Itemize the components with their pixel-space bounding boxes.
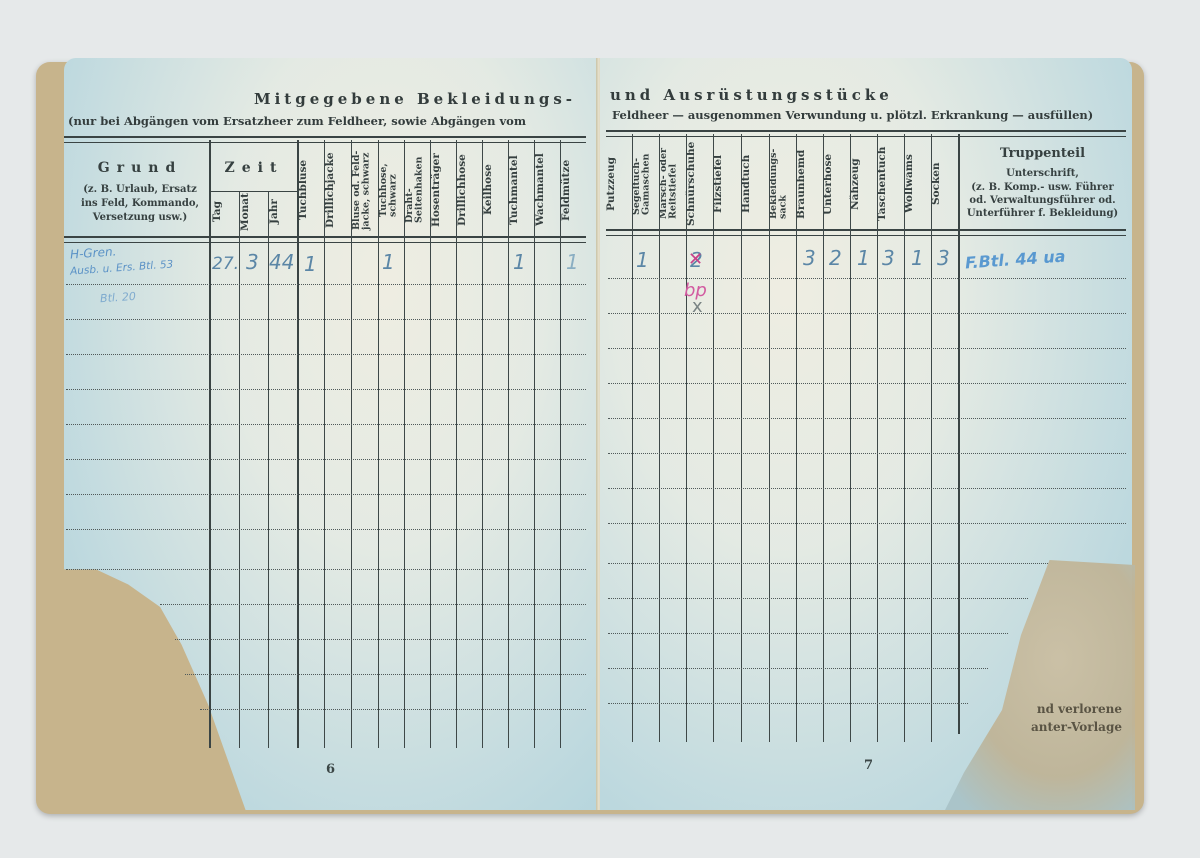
right-column-header-rule [606,229,1126,236]
col-draht-seitenhaken: Draht- Seitenhaken [405,146,431,234]
right-header-rule [606,130,1126,137]
entry-wollwams: 1 [911,246,924,270]
entry-tag: 27. [212,254,239,274]
grund-stamp-line3: Btl. 20 [100,290,137,305]
col-bluse-feldjacke: Bluse od. Feld- jacke, schwarz [352,146,378,234]
damaged-text-line2: anter-Vorlage [1012,718,1122,736]
col-drillichhose: Drillichhose [457,146,483,234]
col-schnuerschuhe: Schnürschuhe [686,140,713,228]
col-keilhose: Keilhose [483,146,509,234]
col-unterhose: Unterhose [823,140,850,228]
entry-taschentuch: 3 [882,246,895,270]
truppenteil-line2: (z. B. Komp.- usw. Führer [960,182,1125,193]
col-wachmantel: Wachmantel [535,146,561,234]
entry-socken: 3 [937,246,950,270]
left-page-subtitle: (nur bei Abgängen vom Ersatzheer zum Fel… [68,114,526,128]
right-page-title: und Ausrüstungsstücke [610,86,893,104]
col-monat: Monat [240,190,268,234]
right-page-subtitle: Feldheer — ausgenommen Verwundung u. plö… [612,108,1093,122]
entry-monat: 3 [246,250,259,274]
entry-putzzeug: 1 [636,248,649,272]
damaged-corner-text: nd verlorene anter-Vorlage [1012,700,1122,736]
zeit-header: Zeit [211,160,297,176]
col-braunhemd: Braunhemd [796,140,823,228]
left-page-title: Mitgegebene Bekleidungs- [254,90,576,108]
col-tag: Tag [212,190,239,234]
grund-header: Grund [70,160,210,176]
entry-tuchbluse: 1 [304,252,317,276]
col-bekleidungssack: Bekleidungs- sack [769,140,796,228]
col-naehzeug: Nähzeug [850,140,877,228]
entry-unterhose: 2 [829,246,842,270]
col-jahr: Jahr [269,190,297,234]
col-tuchmantel: Tuchmantel [509,146,535,234]
entry-braunhemd: 3 [803,246,816,270]
truppenteil-header: Truppenteil [960,146,1125,161]
left-page-number: 6 [326,762,335,777]
col-drillichjacke: Drillichjacke [325,146,351,234]
truppenteil-line4: Unterführer f. Bekleidung) [960,208,1125,219]
col-marsch-reitstiefel: Marsch- oder Reitstiefel [659,140,686,228]
col-feldmuetze: Feldmütze [561,146,587,234]
col-wollwams: Wollwams [904,140,931,228]
grund-note-2: ins Feld, Kommando, [70,198,210,209]
damaged-text-line1: nd verlorene [1012,700,1122,718]
entry-jahr: 44 [269,250,294,274]
col-filzstiefel: Filzstiefel [713,140,741,228]
entry-naehzeug: 1 [857,246,870,270]
schnuerschuhe-strike-mark: ✕ [688,249,703,270]
schnuerschuhe-correction-x: x [692,296,703,317]
right-page-number: 7 [864,758,873,773]
truppenteil-line1: Unterschrift, [960,168,1125,179]
col-putzzeug: Putzzeug [606,140,632,228]
col-tuchhose: Tuchhose, schwarz [379,146,405,234]
grund-note-1: (z. B. Urlaub, Ersatz [70,184,210,195]
col-taschentuch: Taschentuch [877,140,904,228]
entry-feldmuetze: 1 [566,250,579,274]
col-hosentraeger: Hosenträger [431,146,457,234]
truppenteil-line3: od. Verwaltungsführer od. [960,195,1125,206]
col-tuchbluse: Tuchbluse [298,146,324,234]
entry-tuchhose: 1 [382,250,395,274]
col-segeltuch-gamaschen: Segeltuch- Gamaschen [632,140,659,228]
col-socken: Socken [931,140,958,228]
entry-tuchmantel: 1 [513,250,526,274]
col-handtuch: Handtuch [741,140,769,228]
grund-note-3: Versetzung usw.) [70,212,210,223]
